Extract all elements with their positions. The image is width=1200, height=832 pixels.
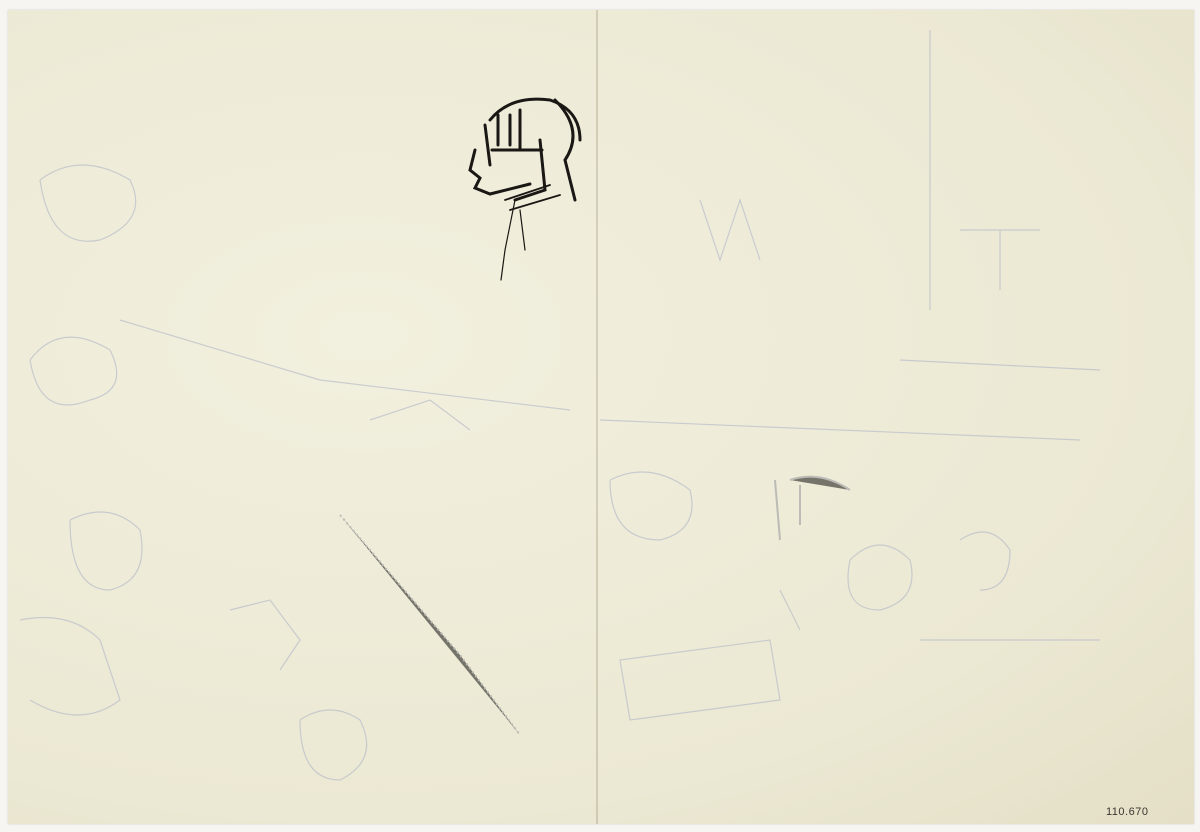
catalog-number: 110.670 xyxy=(1106,806,1148,818)
graphite-smudge xyxy=(340,477,850,735)
sketch-layer xyxy=(0,0,1200,832)
ink-profile-head xyxy=(470,99,580,280)
graphite-sketches xyxy=(20,30,1100,780)
